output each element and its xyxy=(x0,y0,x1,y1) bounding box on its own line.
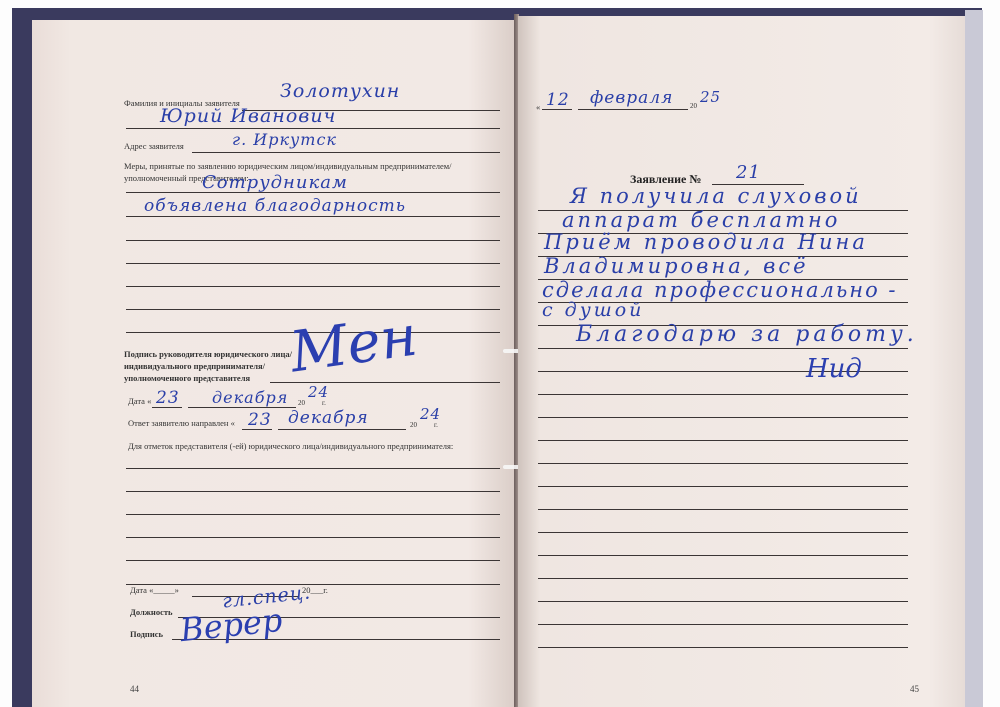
measures-line xyxy=(126,309,500,310)
sign-label: Подпись xyxy=(130,629,163,639)
blank-line xyxy=(538,601,908,602)
measures-value-2: объявлена благодарность xyxy=(144,196,406,216)
statement-text-line-3: Приём проводила Нина xyxy=(544,230,868,254)
statement-text-line-6: с душой xyxy=(542,299,644,321)
measures-line xyxy=(126,240,500,241)
reply-year-prefix: 20 xyxy=(410,421,417,429)
date-year-prefix: 20 xyxy=(298,399,305,407)
statement-date-year-prefix: 20 xyxy=(690,102,697,110)
blank-line xyxy=(538,486,908,487)
statement-text-line-4: Владимировна, всё xyxy=(544,254,809,278)
notes-line xyxy=(126,491,500,492)
address-value: г. Иркутск xyxy=(232,130,337,149)
official-signature: Верер xyxy=(178,601,284,649)
statement-date-year: 25 xyxy=(700,88,721,106)
manager-signature: Мен xyxy=(286,303,421,385)
statement-date-month: февраля xyxy=(590,88,673,108)
blank-line xyxy=(538,578,908,579)
date-open-quote: « xyxy=(536,102,540,112)
position-label: Должность xyxy=(130,607,173,617)
notes-line xyxy=(126,537,500,538)
blank-line xyxy=(538,624,908,625)
date-month-line xyxy=(578,109,688,110)
reply-month-line xyxy=(278,429,406,430)
blank-line xyxy=(538,555,908,556)
page-number-left: 44 xyxy=(130,684,139,694)
statement-text-line-7: Благодарю за работу. xyxy=(576,322,918,347)
applicant-signature: Нид xyxy=(806,354,862,384)
applicant-first-middle-name: Юрий Иванович xyxy=(160,105,336,127)
blank-line xyxy=(538,647,908,648)
page-number-right: 45 xyxy=(910,684,919,694)
bottom-date-label: Дата «_____» xyxy=(130,585,179,595)
date-label: Дата « xyxy=(128,396,151,406)
statement-number: 21 xyxy=(736,162,761,183)
measures-line xyxy=(126,192,500,193)
measures-line xyxy=(126,216,500,217)
measures-value-1: Сотрудникам xyxy=(202,172,348,193)
left-page: Фамилия и инициалы заявителя Золотухин Ю… xyxy=(32,20,517,707)
reply-label: Ответ заявителю направлен « xyxy=(128,418,235,428)
date-month: декабря xyxy=(212,388,288,407)
date-month-line xyxy=(188,407,296,408)
blank-line xyxy=(538,440,908,441)
reply-day: 23 xyxy=(248,410,272,430)
notes-label: Для отметок представителя (-ей) юридичес… xyxy=(128,441,453,451)
measures-line xyxy=(126,263,500,264)
applicant-surname: Золотухин xyxy=(280,80,400,102)
text-line xyxy=(538,417,908,418)
statement-text-line-1: Я получила слуховой xyxy=(570,184,862,208)
statement-text-line-2: аппарат бесплатно xyxy=(562,208,840,232)
notes-line xyxy=(126,468,500,469)
right-page: « 12 февраля 20 25 Заявление № 21 Я полу… xyxy=(518,16,965,707)
measures-line xyxy=(126,286,500,287)
date-suffix: г. xyxy=(322,399,326,407)
signature-label-1: Подпись руководителя юридического лица/ xyxy=(124,349,292,359)
reply-month: декабря xyxy=(288,408,369,428)
date-day: 23 xyxy=(156,388,180,408)
measures-label-1: Меры, принятые по заявлению юридическим … xyxy=(124,161,452,171)
applicant-name-line-2 xyxy=(126,128,500,129)
text-line xyxy=(538,394,908,395)
address-line xyxy=(192,152,500,153)
book-cover-edge xyxy=(965,10,983,707)
blank-line xyxy=(538,509,908,510)
statement-date-day: 12 xyxy=(546,90,570,110)
notes-line xyxy=(126,514,500,515)
signature-label-2: индивидуального предпринимателя/ xyxy=(124,361,265,371)
text-line xyxy=(538,348,908,349)
address-label: Адрес заявителя xyxy=(124,141,184,151)
blank-line xyxy=(538,463,908,464)
reply-suffix: г. xyxy=(434,421,438,429)
signature-label-3: уполномоченного представителя xyxy=(124,373,250,383)
blank-line xyxy=(538,532,908,533)
notes-line xyxy=(126,560,500,561)
